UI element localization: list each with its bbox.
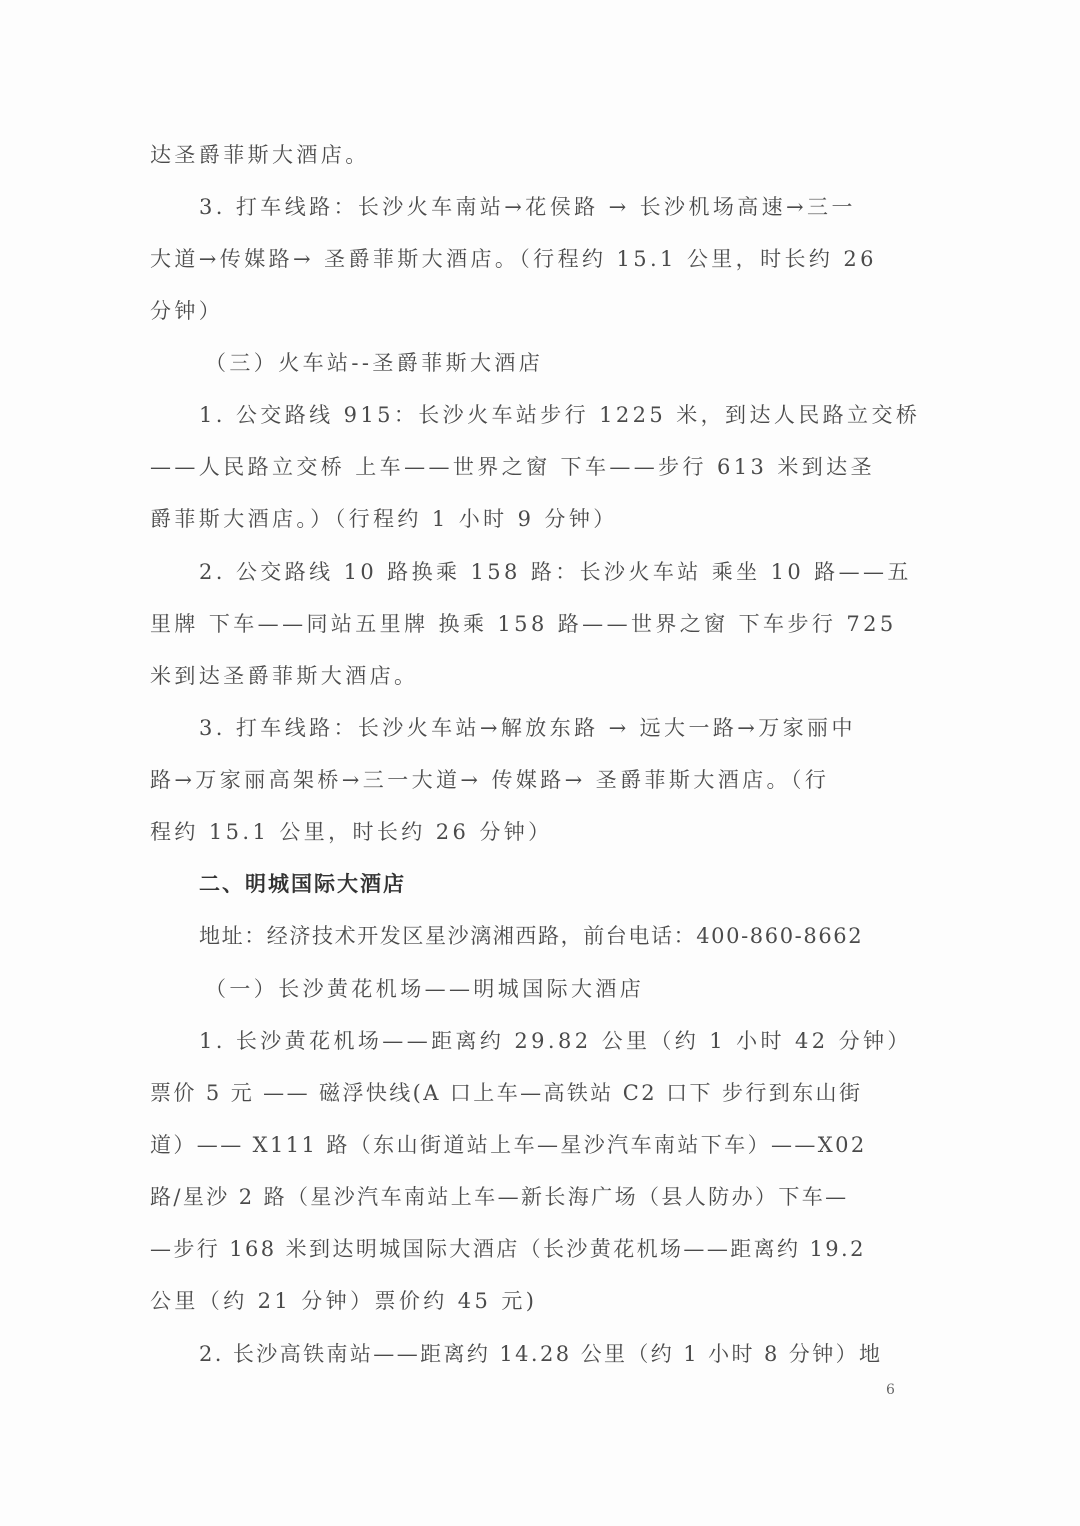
text-line: 路/星沙 2 路（星沙汽车南站上车—新长海广场（县人防办）下车—: [150, 1182, 890, 1212]
address-line: 地址：经济技术开发区星沙漓湘西路，前台电话：400-860-8662: [199, 921, 939, 951]
text-line: 达圣爵菲斯大酒店。: [150, 140, 890, 170]
text-line: 票价 5 元 —— 磁浮快线(A 口上车—高铁站 C2 口下 步行到东山街: [150, 1078, 890, 1108]
text-line: —步行 168 米到达明城国际大酒店（长沙黄花机场——距离约 19.2: [150, 1234, 890, 1264]
text-line: 路→万家丽高架桥→三一大道→ 传媒路→ 圣爵菲斯大酒店。（行: [150, 765, 890, 795]
text-line: 公里（约 21 分钟）票价约 45 元): [150, 1286, 890, 1316]
text-line: 道）—— X111 路（东山街道站上车—星沙汽车南站下车）——X02: [150, 1130, 890, 1160]
subsection-heading: （一）长沙黄花机场——明城国际大酒店: [205, 974, 945, 1004]
section-heading: 二、明城国际大酒店: [199, 869, 939, 899]
text-line: 里牌 下车——同站五里牌 换乘 158 路——世界之窗 下车步行 725: [150, 609, 890, 639]
text-line: 1. 长沙黄花机场——距离约 29.82 公里（约 1 小时 42 分钟）: [199, 1026, 939, 1056]
text-line: 2. 公交路线 10 路换乘 158 路：长沙火车站 乘坐 10 路——五: [199, 557, 939, 587]
page-number: 6: [886, 1382, 895, 1398]
document-page: 达圣爵菲斯大酒店。 3. 打车线路：长沙火车南站→花侯路 → 长沙机场高速→三一…: [0, 0, 1080, 1526]
text-line: 米到达圣爵菲斯大酒店。: [150, 661, 890, 691]
text-line: 大道→传媒路→ 圣爵菲斯大酒店。（行程约 15.1 公里，时长约 26: [150, 244, 890, 274]
text-line: 程约 15.1 公里，时长约 26 分钟）: [150, 817, 890, 847]
text-line: 3. 打车线路：长沙火车南站→花侯路 → 长沙机场高速→三一: [199, 192, 939, 222]
subsection-heading: （三）火车站--圣爵菲斯大酒店: [205, 348, 945, 378]
text-line: 2. 长沙高铁南站——距离约 14.28 公里（约 1 小时 8 分钟）地: [199, 1339, 939, 1369]
text-line: ——人民路立交桥 上车——世界之窗 下车——步行 613 米到达圣: [150, 452, 890, 482]
text-line: 3. 打车线路：长沙火车站→解放东路 → 远大一路→万家丽中: [199, 713, 939, 743]
text-line: 爵菲斯大酒店。）（行程约 1 小时 9 分钟）: [150, 504, 890, 534]
text-line: 分钟）: [150, 296, 890, 326]
text-line: 1. 公交路线 915：长沙火车站步行 1225 米，到达人民路立交桥: [199, 400, 939, 430]
